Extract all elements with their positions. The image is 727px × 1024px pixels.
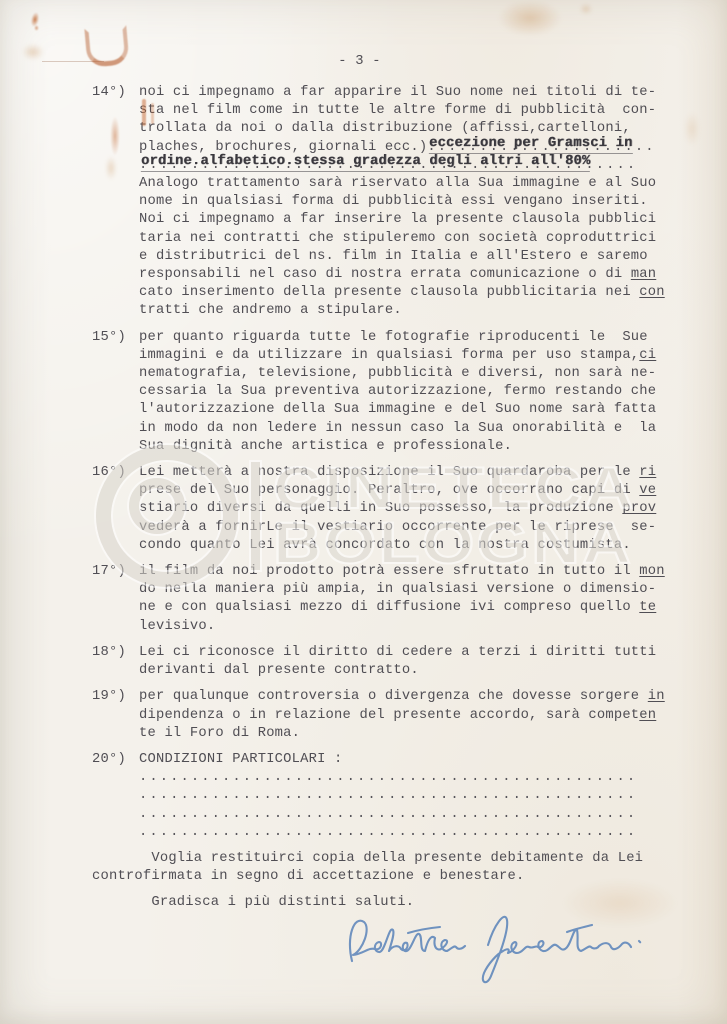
dot-leader: ........................................… <box>139 807 637 822</box>
clause: 17°)il film da noi prodotto potrà essere… <box>92 563 667 636</box>
clause: 18°)Lei ci riconosce il diritto di ceder… <box>92 644 667 680</box>
clause: 20°)CONDIZIONI PARTICOLARI :............… <box>92 751 667 842</box>
clause-body: per qualunque controversia o divergenza … <box>139 688 667 743</box>
clause-line: Analogo trattamento sarà riservato alla … <box>139 175 667 193</box>
underlined-fragment: con <box>639 285 664 300</box>
dotted-fill: ........................................… <box>139 157 637 175</box>
clause-line: sta nel film come in tutte le altre form… <box>139 102 667 120</box>
underlined-fragment: prov <box>622 501 656 516</box>
clause-line: e distributrici del ns. film in Italia e… <box>139 248 667 266</box>
clause-body: CONDIZIONI PARTICOLARI :................… <box>139 751 667 842</box>
clause-line: CONDIZIONI PARTICOLARI : <box>139 751 667 769</box>
clause-line: cessaria la Sua preventiva autorizzazion… <box>139 383 667 401</box>
clause-line: vederà a fornirLe il vestiario occorrent… <box>139 519 667 537</box>
clause-body: noi ci impegnamo a far apparire il Suo n… <box>139 84 667 321</box>
clause-line: Sua dignità anche artistica e profession… <box>139 438 667 456</box>
underlined-fragment: mon <box>639 564 664 579</box>
clause-line: prese del Suo personaggio. Peraltro, ove… <box>139 482 667 500</box>
clause: 14°)noi ci impegnamo a far apparire il S… <box>92 84 667 321</box>
clause-body: il film da noi prodotto potrà essere sfr… <box>139 563 667 636</box>
clause-line: ........................................… <box>139 787 667 805</box>
underlined-fragment: ri <box>639 465 656 480</box>
clause-number: 14°) <box>92 84 139 321</box>
underlined-fragment: ci <box>639 348 656 363</box>
clause-list: 14°)noi ci impegnamo a far apparire il S… <box>92 84 667 842</box>
underlined-fragment: ve <box>639 483 656 498</box>
clause-line: responsabili nel caso di nostra errata c… <box>139 266 667 284</box>
clause-line: do nella maniera più ampia, in qualsiasi… <box>139 581 667 599</box>
signature-stroke <box>338 903 673 995</box>
underlined-fragment: in <box>648 689 665 704</box>
clause-line: ........................................… <box>139 824 667 842</box>
clause-number: 16°) <box>92 464 139 555</box>
clause-line: ........................................… <box>139 157 667 175</box>
clause-line: stiario diversi da quelli in Suo possess… <box>139 500 667 518</box>
clause-line: derivanti dal presente contratto. <box>139 662 667 680</box>
dot-leader: ........................................… <box>139 825 637 840</box>
closing-line-2: controfirmata in segno di accettazione e… <box>92 868 667 886</box>
page-number: - 3 - <box>72 54 647 69</box>
clause-line: ........................................… <box>139 769 667 787</box>
clause-number: 20°) <box>92 751 139 842</box>
typed-insert: eccezione per Gramsci in <box>429 135 633 154</box>
underlined-fragment: man <box>631 267 656 282</box>
dot-leader: ........................................… <box>139 770 637 785</box>
clause-line: l'autorizzazione della Sua immagine e de… <box>139 401 667 419</box>
clause-body: per quanto riguarda tutte le fotografie … <box>139 329 667 456</box>
clause-line: cato inserimento della presente clausola… <box>139 284 667 302</box>
signature: Roberta Fiorentini <box>338 903 673 995</box>
clause-line: Lei ci riconosce il diritto di cedere a … <box>139 644 667 662</box>
clause-number: 18°) <box>92 644 139 680</box>
document-page: - 3 - 14°)noi ci impegnamo a far apparir… <box>0 0 727 913</box>
clause-line: immagini e da utilizzare in qualsiasi fo… <box>139 347 667 365</box>
clause-line: in modo da non ledere in nessun caso la … <box>139 420 667 438</box>
clause-line: taria nei contratti che stipuleremo con … <box>139 230 667 248</box>
clause: 15°)per quanto riguarda tutte le fotogra… <box>92 329 667 456</box>
clause-line: tratti che andremo a stipulare. <box>139 302 667 320</box>
clause-line: ........................................… <box>139 806 667 824</box>
clause: 16°)Lei metterà a nostra disposizione il… <box>92 464 667 555</box>
closing-line-1: Voglia restituirci copia della presente … <box>92 850 667 868</box>
clause-line: te il Foro di Roma. <box>139 725 667 743</box>
underlined-fragment: te <box>639 600 656 615</box>
underlined-fragment: en <box>639 708 656 723</box>
dot-leader: ........................................… <box>139 788 637 803</box>
clause-line: noi ci impegnamo a far apparire il Suo n… <box>139 84 667 102</box>
clause-line: per qualunque controversia o divergenza … <box>139 688 667 706</box>
clause-line: per quanto riguarda tutte le fotografie … <box>139 329 667 347</box>
clause-line: nome in qualsiasi forma di pubblicità es… <box>139 193 667 211</box>
clause-body: Lei ci riconosce il diritto di cedere a … <box>139 644 667 680</box>
clause-line: nematografia, televisione, pubblicità e … <box>139 365 667 383</box>
clause-line: il film da noi prodotto potrà essere sfr… <box>139 563 667 581</box>
clause-number: 17°) <box>92 563 139 636</box>
clause-number: 15°) <box>92 329 139 456</box>
clause-line: Lei metterà a nostra disposizione il Suo… <box>139 464 667 482</box>
clause-line: Noi ci impegnamo a far inserire la prese… <box>139 211 667 229</box>
clause: 19°)per qualunque controversia o diverge… <box>92 688 667 743</box>
clause-body: Lei metterà a nostra disposizione il Suo… <box>139 464 667 555</box>
typed-insert: ordine.alfabetico.stessa gradezza degli … <box>141 153 591 172</box>
clause-line: condo quanto Lei avrà concordato con la … <box>139 537 667 555</box>
clause-line: ne e con qualsiasi mezzo di diffusione i… <box>139 599 667 617</box>
clause-line: levisivo. <box>139 618 667 636</box>
clause-number: 19°) <box>92 688 139 743</box>
clause-line: dipendenza o in relazione del presente a… <box>139 707 667 725</box>
